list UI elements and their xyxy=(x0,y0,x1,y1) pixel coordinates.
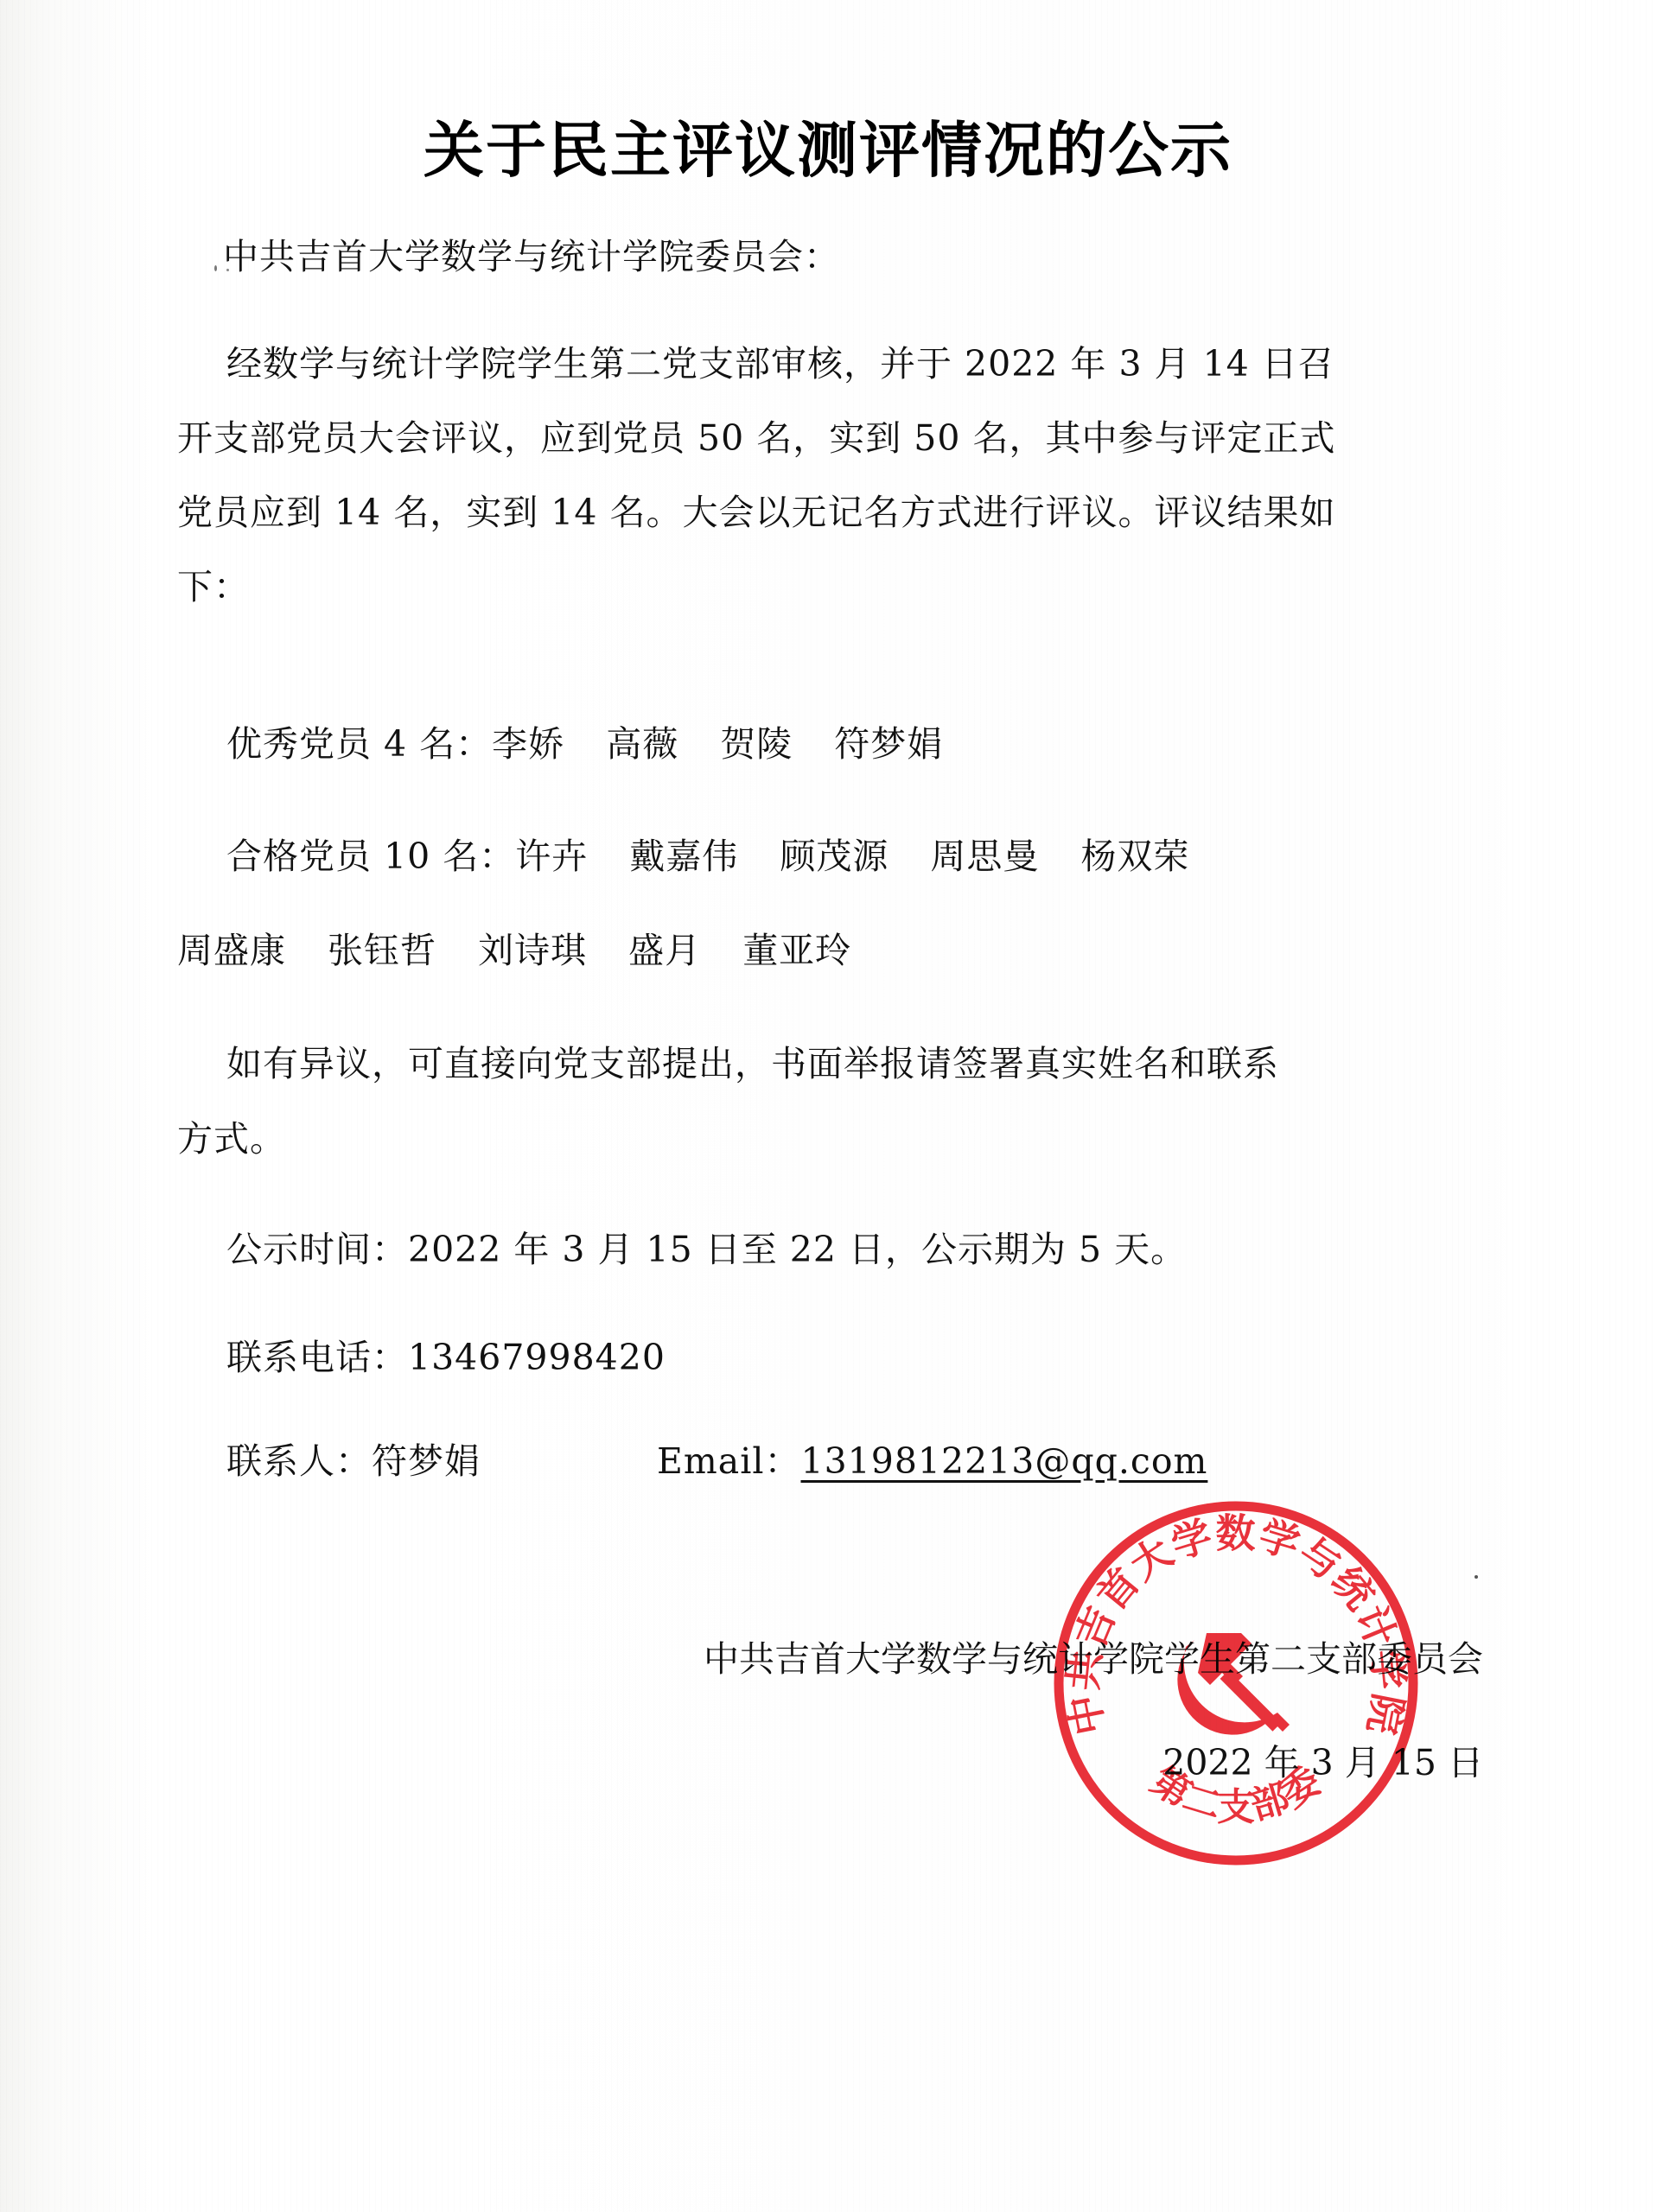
email-row: Email：1319812213@qq.com xyxy=(657,1440,1207,1483)
official-seal-stamp: 中共吉首大学数学与统计学院 学生第二支部委员会 xyxy=(1053,1500,1419,1866)
paragraph-1-line-3: 党员应到 14 名，实到 14 名。大会以无记名方式进行评议。评议结果如 xyxy=(177,491,1335,534)
paragraph-1-line-2: 开支部党员大会评议，应到党员 50 名，实到 50 名，其中参与评定正式 xyxy=(177,416,1335,460)
scan-speck xyxy=(214,265,217,271)
paragraph-1-line-4: 下： xyxy=(177,565,250,608)
member-name: 张钰哲 xyxy=(328,930,436,971)
email-label: Email： xyxy=(657,1440,800,1482)
paper-background xyxy=(0,0,1656,2212)
excellent-members-label: 优秀党员 4 名： xyxy=(226,723,492,765)
contact-person-label: 联系人： xyxy=(226,1440,372,1482)
paragraph-1-line-1: 经数学与统计学院学生第二党支部审核，并于 2022 年 3 月 14 日召 xyxy=(226,342,1334,385)
member-name: 高薇 xyxy=(606,723,678,765)
scan-speck xyxy=(1474,1575,1478,1579)
member-name: 贺陵 xyxy=(720,723,793,765)
member-name: 许卉 xyxy=(515,836,588,877)
member-name: 李娇 xyxy=(492,723,564,765)
member-name: 符梦娟 xyxy=(834,723,943,765)
excellent-members-row: 优秀党员 4 名：李娇 高薇 贺陵 符梦娟 xyxy=(226,722,943,766)
member-name: 董亚玲 xyxy=(742,930,851,971)
member-name: 周盛康 xyxy=(177,930,286,971)
document-title: 关于民主评议测评情况的公示 xyxy=(0,102,1656,189)
contact-person-row: 联系人：符梦娟 xyxy=(226,1440,481,1483)
member-name: 刘诗琪 xyxy=(478,930,587,971)
contact-phone-label: 联系电话： xyxy=(226,1337,408,1378)
member-name: 顾茂源 xyxy=(780,836,889,877)
publicity-period: 公示时间：2022 年 3 月 15 日至 22 日，公示期为 5 天。 xyxy=(226,1228,1187,1271)
qualified-members-row-1: 合格党员 10 名：许卉 戴嘉伟 顾茂源 周思曼 杨双荣 xyxy=(226,835,1189,878)
member-name: 杨双荣 xyxy=(1080,836,1189,877)
addressee: 中共吉首大学数学与统计学院委员会： xyxy=(223,235,840,278)
qualified-members-row-2: 周盛康 张钰哲 刘诗琪 盛月 董亚玲 xyxy=(177,929,851,972)
member-name: 盛月 xyxy=(628,930,701,971)
contact-person-value: 符梦娟 xyxy=(372,1440,481,1482)
member-name: 周思曼 xyxy=(930,836,1039,877)
contact-phone-row: 联系电话：13467998420 xyxy=(226,1336,666,1379)
seal-top-text: 中共吉首大学数学与统计学院 xyxy=(1060,1510,1413,1738)
objection-line-2: 方式。 xyxy=(177,1117,286,1160)
qualified-members-label: 合格党员 10 名： xyxy=(226,836,515,877)
member-name: 戴嘉伟 xyxy=(629,836,738,877)
email-link[interactable]: 1319812213@qq.com xyxy=(800,1440,1207,1482)
contact-phone-value: 13467998420 xyxy=(408,1337,666,1378)
hammer-sickle-icon xyxy=(1177,1633,1290,1735)
objection-line-1: 如有异议，可直接向党支部提出，书面举报请签署真实姓名和联系 xyxy=(226,1042,1279,1085)
